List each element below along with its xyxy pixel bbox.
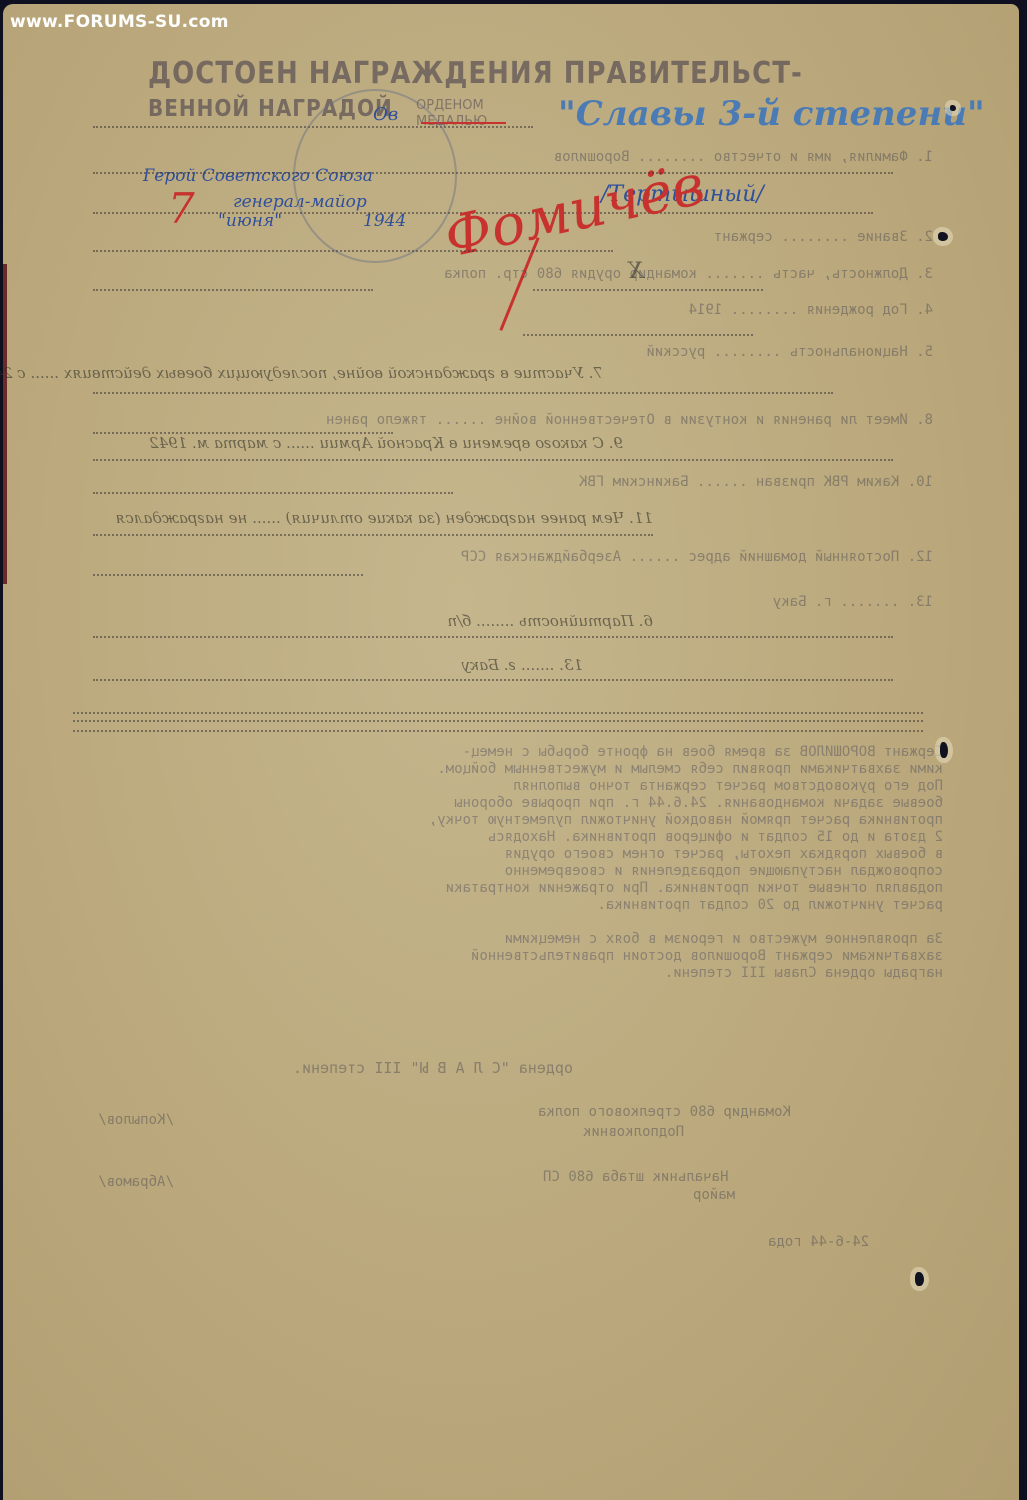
- dotted-rule: [93, 574, 363, 576]
- bleed-handwritten-entry: 9. С какого времени в Красной Армии ....…: [423, 434, 623, 452]
- ink-spot: [950, 105, 956, 111]
- date-year: 1944: [363, 211, 406, 231]
- commander-rank-line2: генерал-майор: [233, 192, 367, 212]
- narrative-line: в боевых порядках пехоты, расчет огнем с…: [83, 846, 943, 863]
- bleed-form-line: 12. Постоянный домашний адрес ...... Азе…: [93, 549, 933, 565]
- narrative-line: противника расчет прямой наводкой уничто…: [83, 812, 943, 829]
- dotted-rule: [93, 289, 373, 291]
- bleed-handwritten-entry: 7. Участие в гражданской войне, последую…: [203, 364, 603, 382]
- red-pencil-signature: Фомичёв: [439, 152, 710, 270]
- dotted-rule: [93, 459, 893, 461]
- narrative-line: сопровождал наступающие подразделения и …: [83, 863, 943, 880]
- bleed-form-line: 4. Год рождения ........ 1914: [93, 302, 933, 318]
- bleed-signatory1-title: Командир 680 стрелкового полка: [538, 1104, 791, 1120]
- binder-hole: [938, 232, 948, 241]
- binding-strip: [3, 264, 7, 584]
- narrative-line: награды ордена Славы III степени.: [83, 965, 943, 982]
- narrative-line: боевые задачи командования. 24.6.44 г. п…: [83, 795, 943, 812]
- initial-handwriting: Ов: [373, 104, 398, 125]
- dotted-rule: [93, 250, 613, 252]
- date-month: "июня": [218, 211, 282, 231]
- bleed-signatory1-name: /Копылов/: [98, 1112, 174, 1128]
- narrative-line: расчет уничтожил до 20 солдат противника…: [83, 897, 943, 914]
- dotted-rule: [93, 392, 833, 394]
- narrative-line: подавлял огневые точки противника. При о…: [83, 880, 943, 897]
- date-day-red: 7: [168, 184, 195, 233]
- bleed-handwritten-entry: 6. Партийность ........ б/п: [353, 612, 653, 630]
- bleed-signatory1-rank: Подполковник: [583, 1124, 684, 1140]
- binder-hole: [915, 1272, 924, 1286]
- bleed-narrative: Сержант ВОРОШИЛОВ за время боев на фронт…: [83, 744, 943, 982]
- dotted-rule: [523, 334, 753, 336]
- commander-rank-line1: Герой Советского Союза: [143, 166, 373, 186]
- bleed-signatory2-rank: майор: [693, 1187, 735, 1203]
- award-stamp-line1: ДОСТОЕН НАГРАЖДЕНИЯ ПРАВИТЕЛЬСТ-: [148, 57, 803, 92]
- bleed-form-line: 2. Звание ........ сержант: [93, 229, 933, 245]
- narrative-line: За проявленное мужество и героизм в боях…: [83, 931, 943, 948]
- bleed-form-line: 8. Имеет ли ранения и контузии в Отечест…: [93, 412, 933, 428]
- dotted-rule: [73, 730, 923, 732]
- dotted-rule: [73, 712, 923, 714]
- bleed-form-line: 5. Национальность ........ русский: [93, 344, 933, 360]
- dotted-rule: [93, 636, 893, 638]
- narrative-line: Под его руководством расчет сержанта точ…: [83, 778, 943, 795]
- bleed-signatory2-name: /Абрамов/: [98, 1174, 174, 1190]
- bleed-form-line: 3. Должность, часть ....... командир ору…: [93, 266, 933, 282]
- binder-hole: [940, 742, 948, 758]
- dotted-rule: [93, 172, 893, 174]
- bleed-handwritten-entry: 13. ....... г. Баку: [383, 656, 583, 674]
- narrative-line: 2 дзота и до 15 солдат и офицеров против…: [83, 829, 943, 846]
- dotted-rule: [93, 492, 453, 494]
- narrative-line: кими захватчиками проявил себя смелым и …: [83, 761, 943, 778]
- narrative-line: [83, 914, 943, 931]
- dotted-rule: [93, 679, 893, 681]
- bleed-handwritten-entry: 11. Чем ранее награжден (за какие отличи…: [233, 509, 653, 527]
- dotted-rule: [73, 720, 923, 722]
- bleed-form-line: 10. Каким РВК призван ...... Бакинским Г…: [93, 474, 933, 490]
- narrative-line: захватчиками сержант Ворошилов достоин п…: [83, 948, 943, 965]
- narrative-line: Сержант ВОРОШИЛОВ за время боев на фронт…: [83, 744, 943, 761]
- bleed-form-line: 13. ....... г. Баку: [93, 594, 933, 610]
- bleed-form-line: 1. Фамилия, имя и отчество ........ Воро…: [93, 149, 933, 165]
- award-handwriting: "Славы 3-й степени": [558, 94, 985, 134]
- dotted-rule: [93, 534, 653, 536]
- bleed-signatory2-title: Начальник штаба 680 СП: [543, 1169, 728, 1185]
- bleed-date: 24-6-44 года: [768, 1234, 869, 1250]
- dotted-rule: [533, 289, 763, 291]
- site-watermark: www.FORUMS-SU.com: [10, 12, 229, 32]
- document-page: ДОСТОЕН НАГРАЖДЕНИЯ ПРАВИТЕЛЬСТ- ВЕННОЙ …: [3, 4, 1019, 1500]
- bleed-award-line: ордена "С Л А В Ы" III степени.: [293, 1059, 573, 1077]
